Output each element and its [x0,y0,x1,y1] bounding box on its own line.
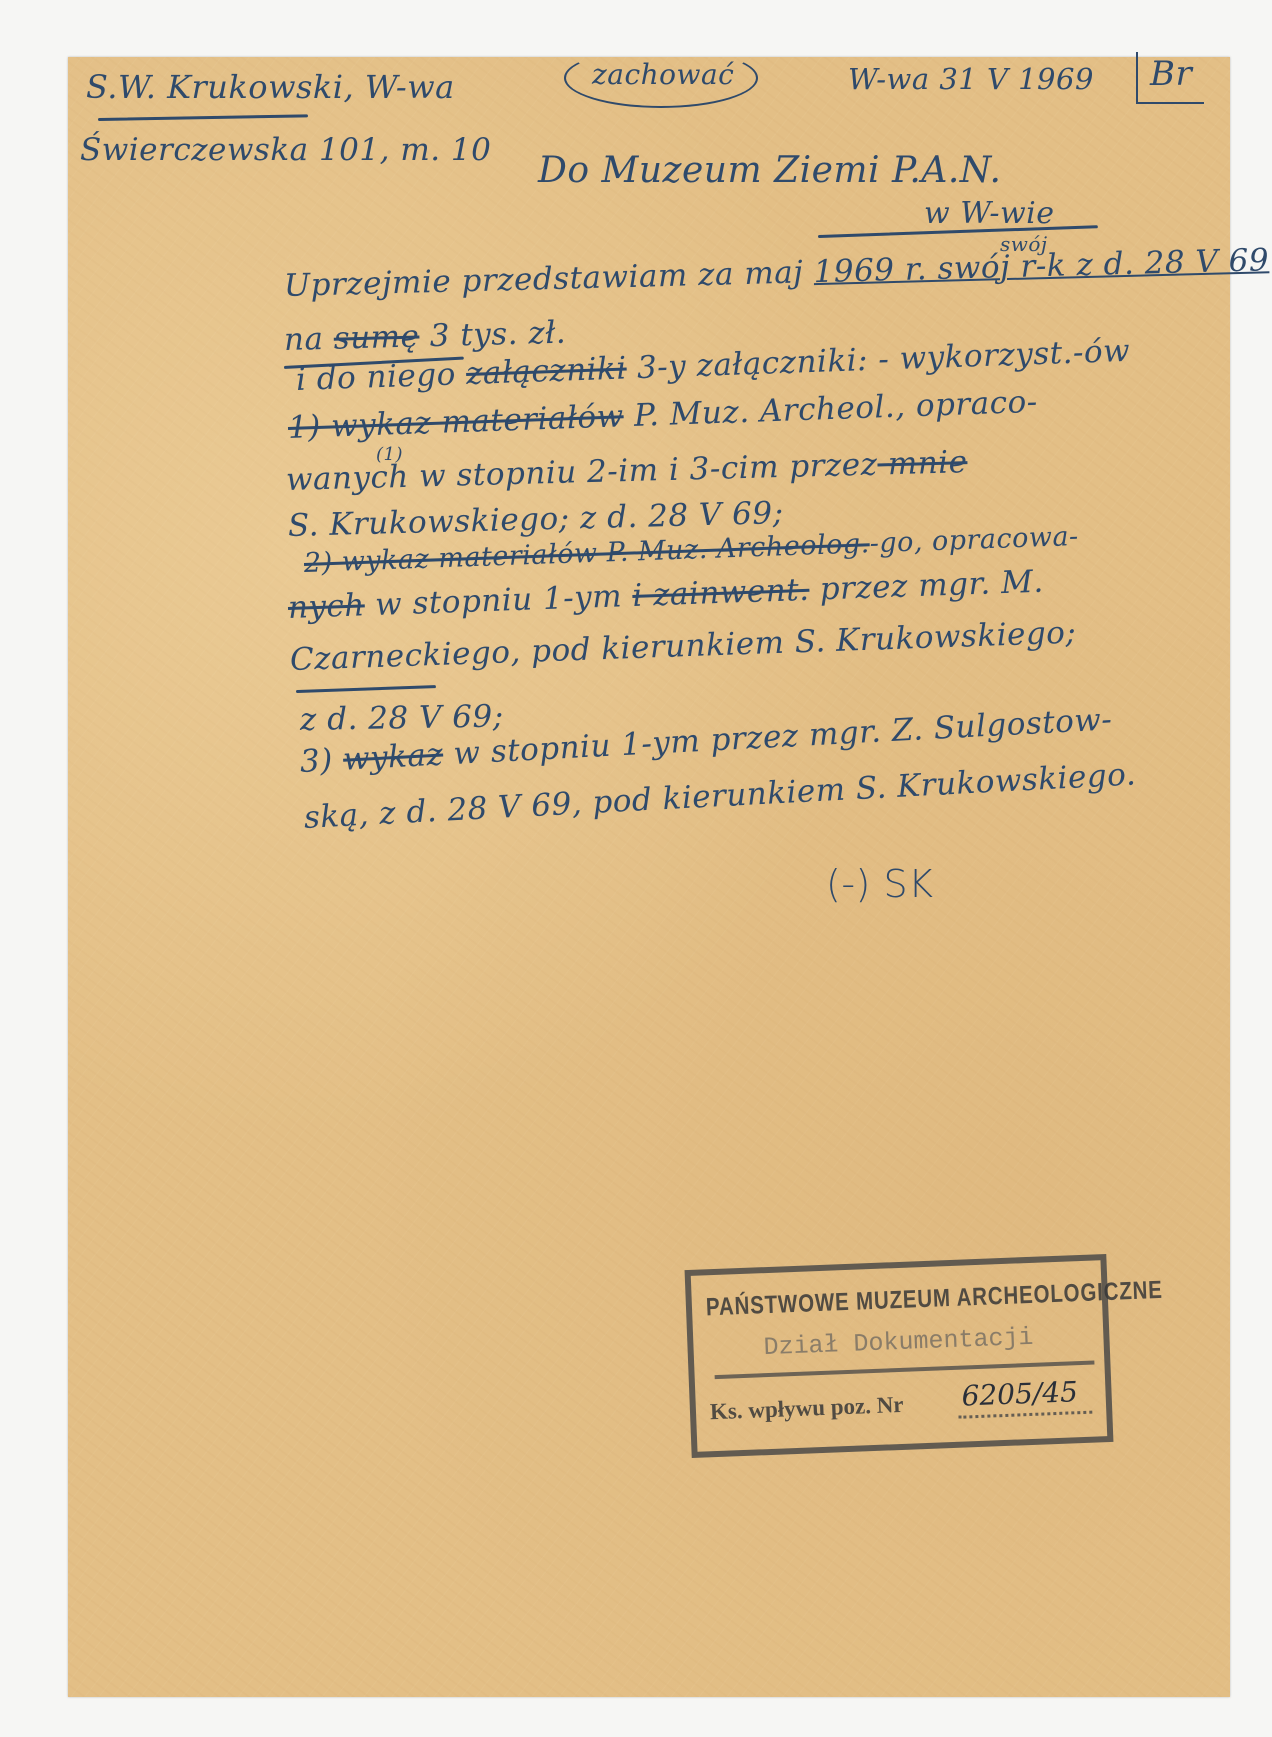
struck-word: wykaz [342,737,444,778]
addressee-line2: w W-wie [924,196,1055,231]
struck-word: nych [287,587,365,626]
body-line-11-prefix: 3) [299,742,344,780]
corner-mark: Br [1150,54,1192,94]
body-line-10: z d. 28 V 69; [300,698,504,738]
place-date: W-wa 31 V 1969 [848,62,1094,96]
struck-word: sumę [333,318,420,356]
document-paper [68,57,1230,1697]
body-line-3-prefix: i do niego [295,356,466,398]
body-line-2-rest: 3 tys. zł. [419,315,567,355]
struck-word: i zainwent. [632,572,810,614]
addressee-line1: Do Muzeum Ziemi P.A.N. [538,150,1001,191]
museum-stamp: PAŃSTWOWE MUZEUM ARCHEOLOGICZNE Dział Do… [685,1254,1114,1458]
stamp-institution: PAŃSTWOWE MUZEUM ARCHEOLOGICZNE [705,1276,1163,1323]
annotation-zachowac: zachować [592,58,734,91]
body-line-2-prefix: na [284,321,335,358]
sender-name: S.W. Krukowski, W-wa [86,68,455,106]
sender-address: Świerczewska 101, m. 10 [80,132,491,168]
struck-word: załączniki [465,350,627,392]
signature: (-) SK [826,862,933,906]
stamp-department: Dział Dokumentacji [763,1323,1034,1362]
stamp-register-number: 6205/45 [961,1375,1079,1412]
stamp-register-label: Ks. wpływu poz. Nr [710,1392,904,1425]
body-line-2: na sumę 3 tys. zł. [284,315,567,358]
struck-word: mnie [877,444,968,482]
